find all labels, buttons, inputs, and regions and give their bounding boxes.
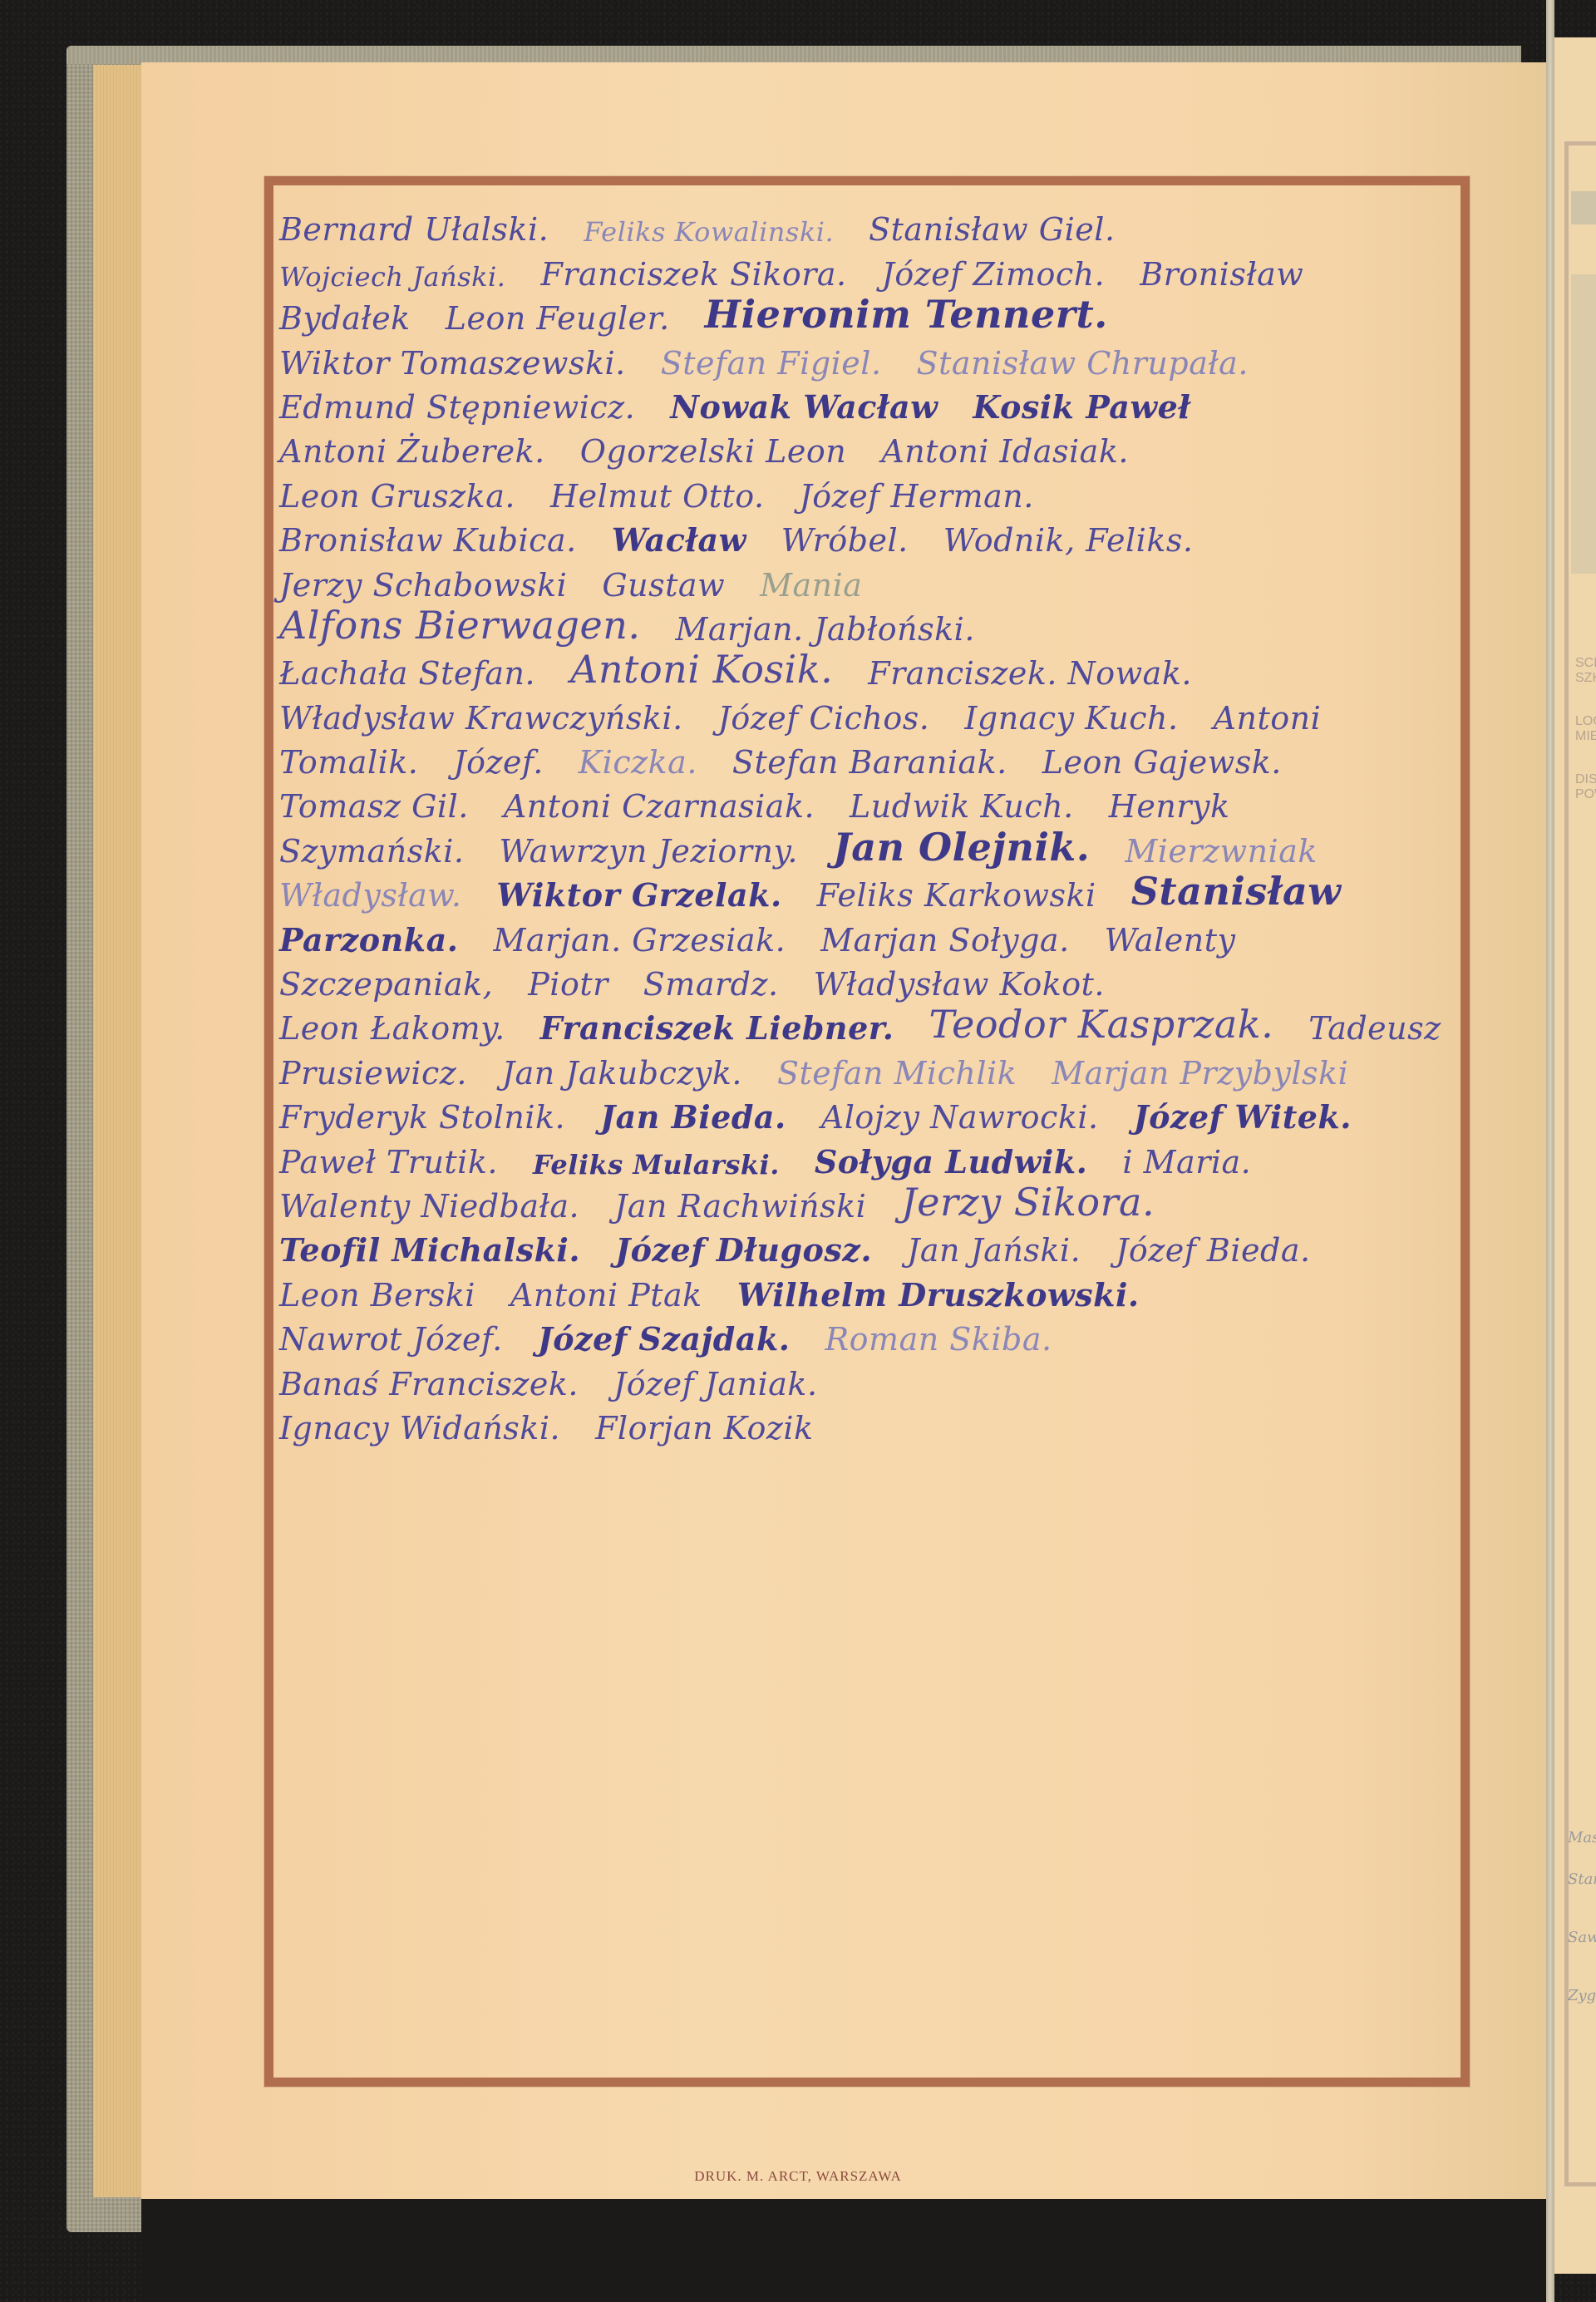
signature-list: Bernard Ułalski.Feliks Kowalinski.Stanis… <box>274 204 1463 1447</box>
signature: Bernard Ułalski. <box>279 211 549 248</box>
signature-line: Banaś Franciszek.Józef Janiak. <box>274 1358 1463 1402</box>
signature: Ludwik Kuch. <box>850 788 1074 825</box>
signature: Ignacy Kuch. <box>964 700 1178 737</box>
signature: Ogorzelski Leon <box>580 433 847 470</box>
signature: Feliks Karkowski <box>817 877 1096 914</box>
signature: Jan Olejnik. <box>833 825 1090 870</box>
signature: Łachała Stefan. <box>279 655 535 692</box>
signature: Wojciech Jański. <box>279 261 505 293</box>
signature: Józef Długosz. <box>615 1231 872 1269</box>
signature: Bronisław Kubica. <box>279 522 577 559</box>
signature-line: Władysław Krawczyński.Józef Cichos.Ignac… <box>274 692 1463 736</box>
signature-line: Walenty Niedbała.Jan RachwińskiJerzy Sik… <box>274 1181 1463 1225</box>
signature: Szczepaniak, <box>279 966 493 1003</box>
signature: Antoni Kosik. <box>570 647 833 692</box>
signature-line: Teofil Michalski.Józef Długosz.Jan Jańsk… <box>274 1225 1463 1269</box>
signature-line: Władysław.Wiktor Grzelak.Feliks Karkowsk… <box>274 870 1463 914</box>
signature: Mania <box>760 567 862 604</box>
signature: Józef Cichos. <box>718 700 930 737</box>
signature: Jan Jakubczyk. <box>502 1055 742 1092</box>
signature-line: Fryderyk Stolnik.Jan Bieda.Alojzy Nawroc… <box>274 1092 1463 1136</box>
signature: Walenty <box>1105 922 1236 959</box>
signature-line: Edmund Stępniewicz.Nowak WacławKosik Paw… <box>274 382 1463 426</box>
signature: Józef Szajdak. <box>538 1320 791 1358</box>
signature: Marjan. Jabłoński. <box>675 611 974 648</box>
signature-line: Wiktor Tomaszewski.Stefan Figiel.Stanisł… <box>274 337 1463 381</box>
signature-line: Antoni Żuberek.Ogorzelski LeonAntoni Ida… <box>274 426 1463 470</box>
signature: Walenty Niedbała. <box>279 1188 579 1225</box>
signature: Władysław Krawczyński. <box>279 700 683 737</box>
signature: Leon Berski <box>279 1277 475 1314</box>
signature: Marjan Sołyga. <box>820 922 1069 959</box>
signature: Stanisław Giel. <box>869 211 1115 248</box>
signature: Wiktor Tomaszewski. <box>279 345 626 382</box>
signature: Ignacy Widański. <box>279 1410 560 1447</box>
signature-line: BydałekLeon Feugler.Hieronim Tennert. <box>274 293 1463 337</box>
signature: Kosik Paweł <box>973 388 1190 426</box>
adjacent-page-label: POW <box>1575 788 1596 801</box>
signature: Franciszek Liebner. <box>540 1009 894 1047</box>
signature: Józef Bieda. <box>1116 1232 1310 1269</box>
signature: Smardz. <box>643 966 779 1003</box>
adjacent-page-signature: Sawczyns <box>1568 1929 1596 1946</box>
signature: Kiczka. <box>579 744 697 781</box>
signature: Edmund Stępniewicz. <box>279 389 635 426</box>
signature: Antoni Idasiak. <box>881 433 1129 470</box>
signature: Marjan. Grzesiak. <box>493 922 786 959</box>
signature: Stefan Baraniak. <box>732 744 1007 781</box>
adjacent-page-label: DISTI <box>1575 773 1596 786</box>
signature-line: Łachała Stefan.Antoni Kosik.Franciszek. … <box>274 648 1463 692</box>
signature-line: Tomasz Gil.Antoni Czarnasiak.Ludwik Kuch… <box>274 781 1463 825</box>
signature: Teodor Kasprzak. <box>929 1002 1274 1047</box>
signature: Tomalik. <box>279 744 418 781</box>
signature: Wodnik, Feliks. <box>943 522 1194 559</box>
signature: Florjan Kozik <box>595 1410 814 1447</box>
signature: Wawrzyn Jeziorny. <box>499 833 798 870</box>
signature-line: Paweł Trutik.Feliks Mularski.Sołyga Ludw… <box>274 1136 1463 1180</box>
signature-line: Leon Łakomy.Franciszek Liebner.Teodor Ka… <box>274 1003 1463 1047</box>
signature: Tadeusz <box>1308 1010 1441 1047</box>
signature: Wilhelm Druszkowski. <box>737 1276 1140 1314</box>
signature: Leon Gruszka. <box>279 478 515 515</box>
signature: Wróbel. <box>781 522 909 559</box>
signature-line: Ignacy Widański.Florjan Kozik <box>274 1402 1463 1447</box>
adjacent-page-label: LOCA <box>1575 715 1596 728</box>
signature: Stefan Michlik <box>777 1055 1017 1092</box>
signature: Stanisław Chrupała. <box>917 345 1249 382</box>
signature: Mierzwniak <box>1125 833 1318 870</box>
signature-line: Parzonka.Marjan. Grzesiak.Marjan Sołyga.… <box>274 914 1463 958</box>
signature-line: Tomalik.Józef.Kiczka.Stefan Baraniak.Leo… <box>274 737 1463 781</box>
signature: Roman Skiba. <box>825 1321 1052 1358</box>
signature: Franciszek Sikora. <box>540 256 846 293</box>
signature: Tomasz Gil. <box>279 788 469 825</box>
signature: Alfons Bierwagen. <box>279 603 640 648</box>
signature: Józef Herman. <box>800 478 1034 515</box>
signature: Nowak Wacław <box>670 388 938 426</box>
adjacent-page-ornament <box>1571 191 1596 224</box>
signature: Antoni Czarnasiak. <box>504 788 815 825</box>
signature-line: Leon Gruszka.Helmut Otto.Józef Herman. <box>274 470 1463 514</box>
adjacent-page-signature: Zygmun <box>1568 1987 1596 2004</box>
signature: Hieronim Tennert. <box>705 292 1108 337</box>
signature: Jan Jański. <box>907 1232 1081 1269</box>
signature: Nawrot Józef. <box>279 1321 503 1358</box>
signature: Piotr <box>528 966 608 1003</box>
signature: Henryk <box>1109 788 1230 825</box>
signature: Szymański. <box>279 833 464 870</box>
signature: Stanisław <box>1131 869 1342 914</box>
signature: Władysław Kokot. <box>814 966 1105 1003</box>
signature-line: Jerzy SchabowskiGustawMania <box>274 559 1463 603</box>
signature-line: Nawrot Józef.Józef Szajdak.Roman Skiba. <box>274 1314 1463 1358</box>
signature: Banaś Franciszek. <box>279 1366 579 1402</box>
signature: Bydałek <box>279 300 411 337</box>
signature: Józef Janiak. <box>613 1366 818 1402</box>
signature: Józef Witek. <box>1134 1098 1352 1136</box>
adjacent-page-label: SZKO <box>1575 672 1596 685</box>
signature: Alojzy Nawrocki. <box>821 1099 1099 1136</box>
signature-line: Alfons Bierwagen.Marjan. Jabłoński. <box>274 604 1463 648</box>
book-spine-gutter <box>1546 0 1554 2302</box>
page-edges <box>93 65 141 2197</box>
signature: Józef Zimoch. <box>882 256 1106 293</box>
signature: Antoni Ptak <box>510 1277 702 1314</box>
signature: Jan Rachwiński <box>614 1188 866 1225</box>
signature-line: Bronisław Kubica.WacławWróbel.Wodnik, Fe… <box>274 515 1463 559</box>
signature: Jerzy Schabowski <box>279 567 567 604</box>
signature: Sołyga Ludwik. <box>815 1143 1088 1181</box>
signature: Leon Łakomy. <box>279 1010 505 1047</box>
signature: Wiktor Grzelak. <box>496 876 781 914</box>
signature: Teofil Michalski. <box>279 1231 580 1269</box>
adjacent-page-signature: Mas <box>1568 1829 1596 1846</box>
signature: Leon Gajewsk. <box>1042 744 1282 781</box>
signature: Marjan Przybylski <box>1052 1055 1348 1092</box>
signature: Prusiewicz. <box>279 1055 467 1092</box>
signature-line: Szymański.Wawrzyn Jeziorny.Jan Olejnik.M… <box>274 825 1463 869</box>
signature: Jan Bieda. <box>600 1098 786 1136</box>
signature: i Maria. <box>1122 1144 1251 1181</box>
adjacent-page-ornament <box>1571 274 1596 574</box>
printer-imprint: DRUK. M. ARCT, WARSZAWA <box>0 2168 1596 2185</box>
signature: Władysław. <box>279 877 461 914</box>
signature: Jerzy Sikora. <box>901 1180 1155 1225</box>
signature-line: Bernard Ułalski.Feliks Kowalinski.Stanis… <box>274 204 1463 248</box>
adjacent-page-label: MIEJ <box>1575 730 1596 743</box>
signature: Franciszek. Nowak. <box>868 655 1192 692</box>
signature: Gustaw <box>602 567 725 604</box>
signature: Paweł Trutik. <box>279 1144 498 1181</box>
signature: Józef. <box>453 744 543 781</box>
signature: Bronisław <box>1140 256 1303 293</box>
signature: Antoni Żuberek. <box>279 433 545 470</box>
signature: Stefan Figiel. <box>661 345 882 382</box>
adjacent-page-signature: Stanis <box>1568 1871 1596 1888</box>
signature-line: Leon BerskiAntoni PtakWilhelm Druszkowsk… <box>274 1269 1463 1313</box>
adjacent-page-label: SCHO <box>1575 657 1596 670</box>
signature-line: Wojciech Jański.Franciszek Sikora.Józef … <box>274 248 1463 292</box>
book-cloth-binding-top <box>66 46 1521 64</box>
signature: Helmut Otto. <box>550 478 765 515</box>
background-surface <box>141 2199 1546 2302</box>
signature: Parzonka. <box>279 921 458 959</box>
signature: Fryderyk Stolnik. <box>279 1099 565 1136</box>
signature-line: Szczepaniak,PiotrSmardz.Władysław Kokot. <box>274 959 1463 1003</box>
signature: Leon Feugler. <box>446 300 670 337</box>
signature: Feliks Kowalinski. <box>584 216 834 248</box>
signature-line: Prusiewicz.Jan Jakubczyk.Stefan MichlikM… <box>274 1047 1463 1091</box>
signature: Feliks Mularski. <box>533 1149 780 1181</box>
signature: Antoni <box>1214 700 1322 737</box>
signature: Wacław <box>612 521 746 559</box>
